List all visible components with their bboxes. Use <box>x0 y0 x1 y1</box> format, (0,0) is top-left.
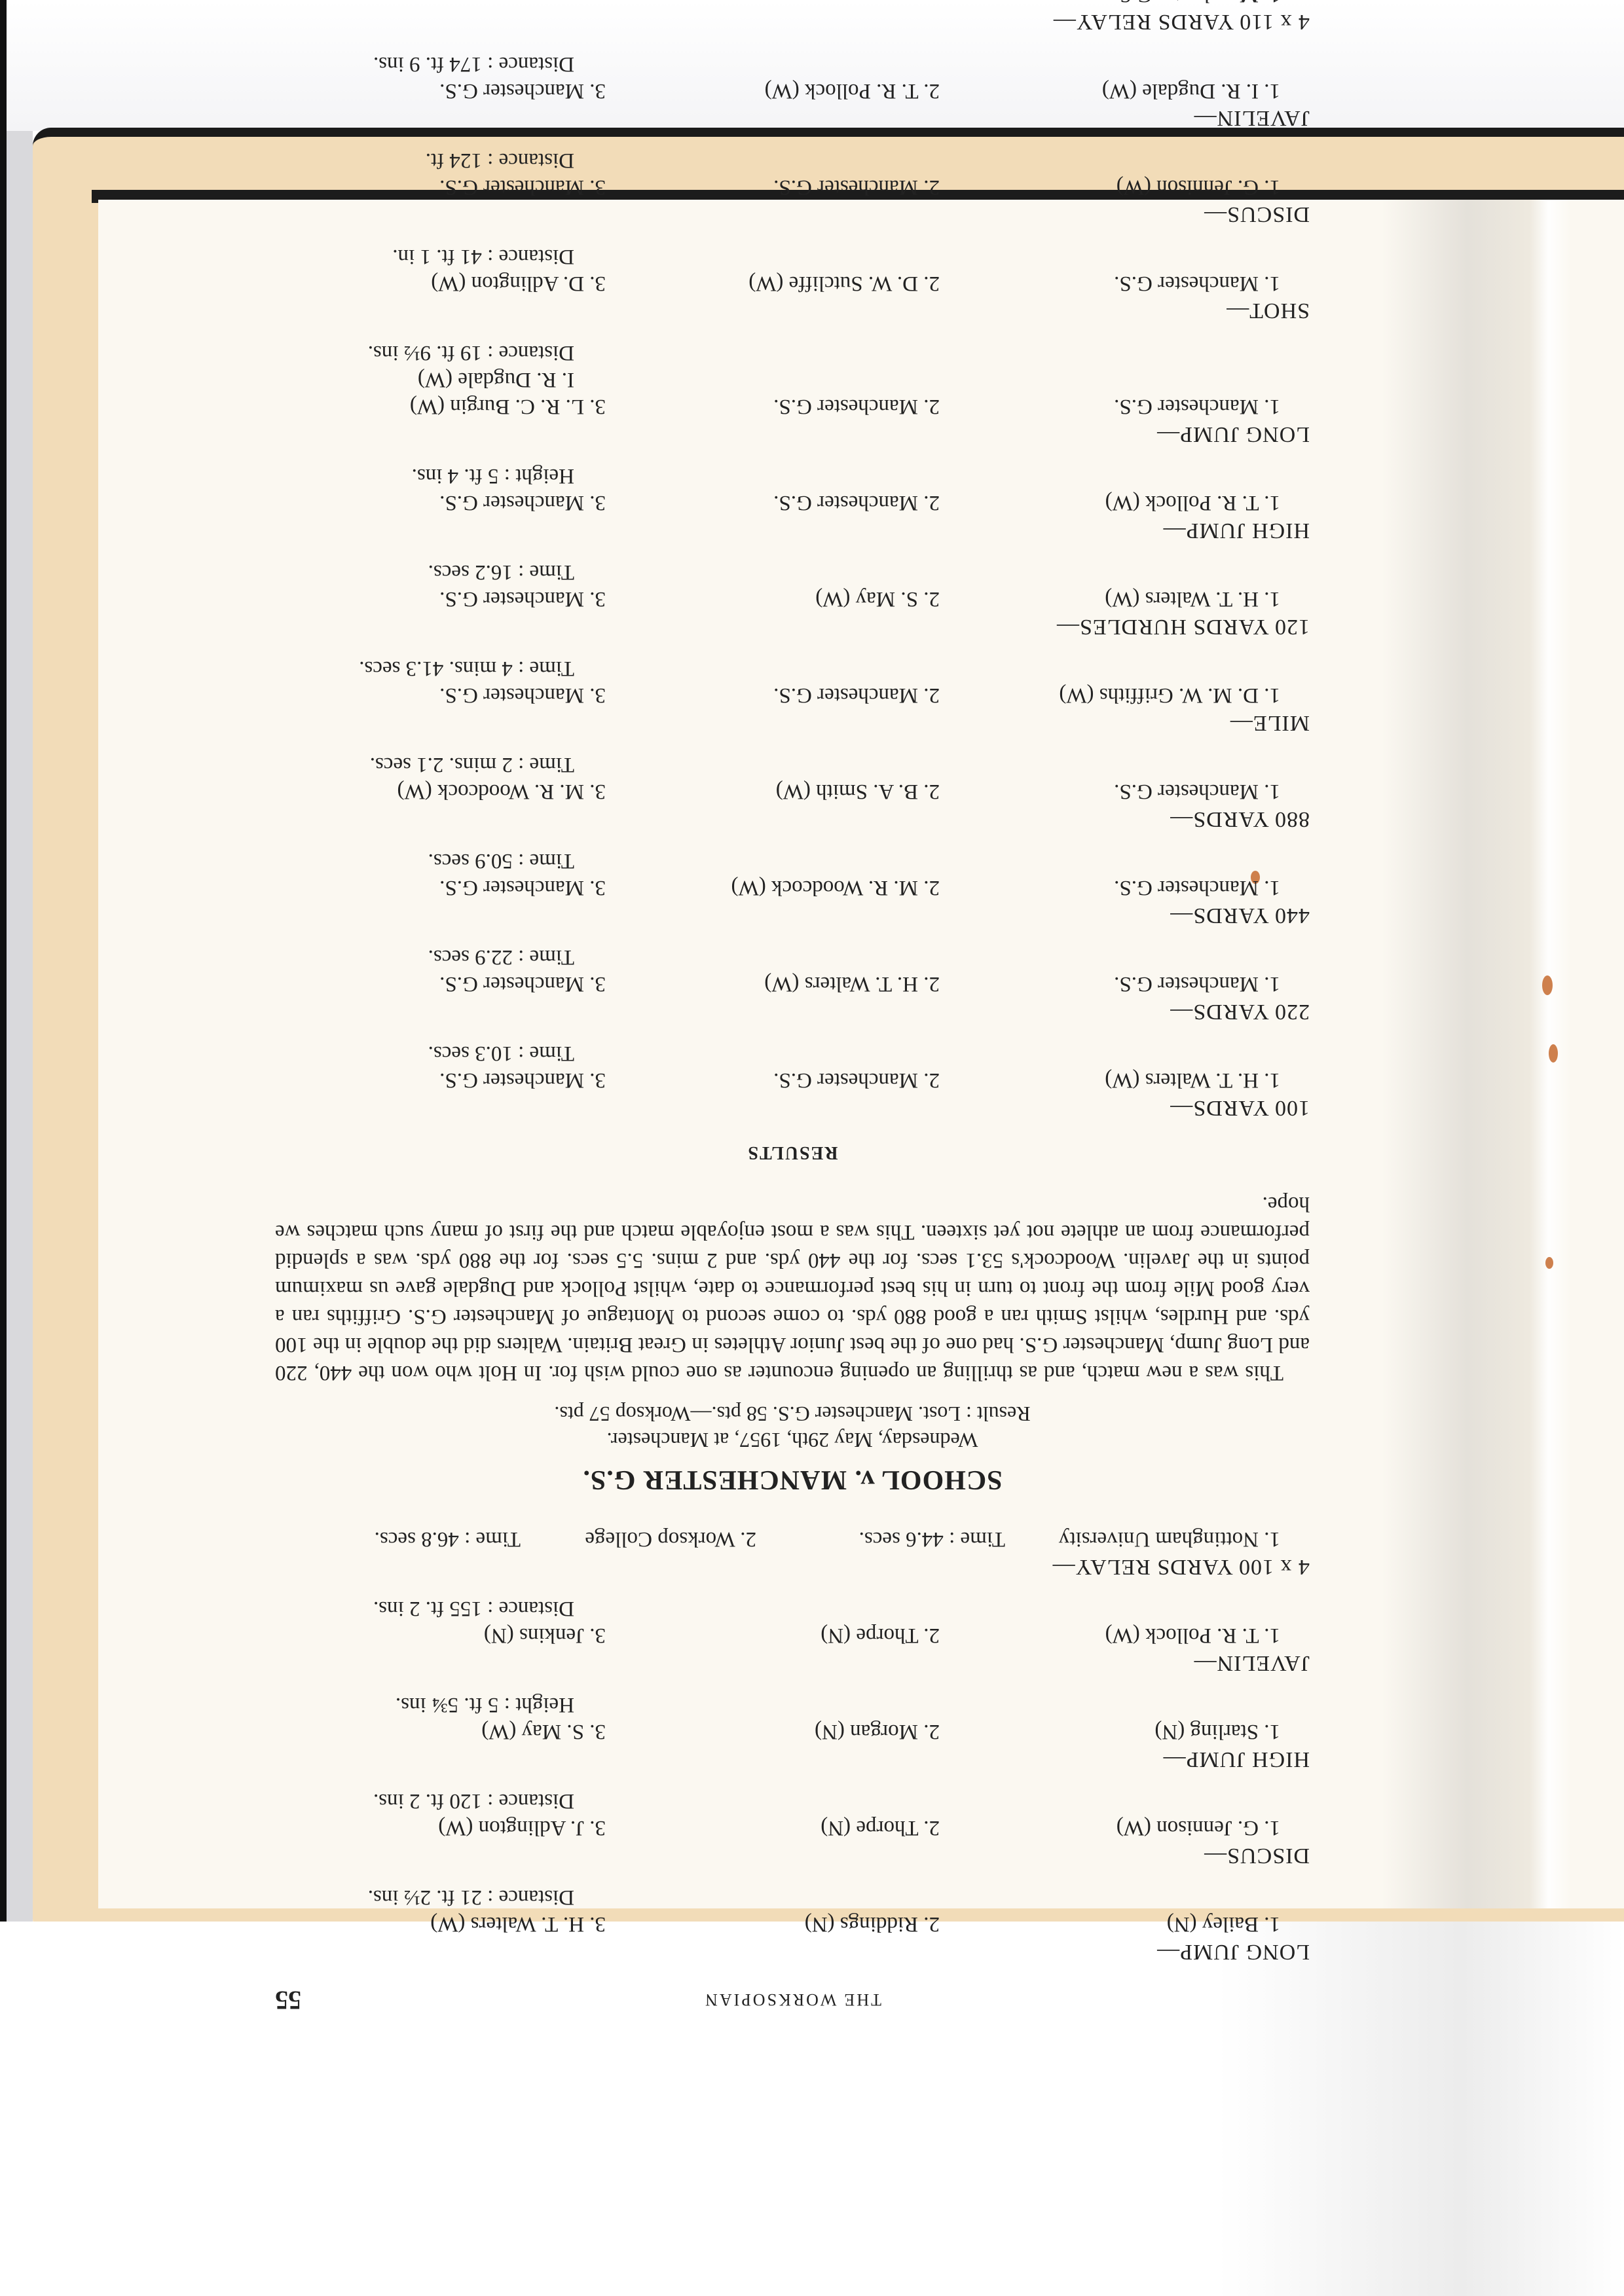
second-place: 2. S. May (W) <box>606 585 940 612</box>
event-220-yards: 220 YARDS— 1. Manchester G.S. 2. H. T. W… <box>275 943 1310 1025</box>
spine-shadow <box>1382 200 1572 1908</box>
first-place: 1. T. R. Pollock (W) <box>940 1622 1280 1649</box>
event-name: DISCUS— <box>275 1842 1310 1870</box>
first-place: 1. H. T. Walters (W) <box>940 1066 1280 1093</box>
match-date-venue: Wednesday, May 29th, 1957, at Manchester… <box>275 1427 1310 1453</box>
rust-spot <box>1542 975 1553 995</box>
third-place: 3. J. Adlington (W) <box>275 1814 606 1841</box>
event-result: Height : 5 ft. 5¾ ins. <box>275 1691 606 1718</box>
event-name: LONG JUMP— <box>275 1938 1310 1966</box>
second-place: 2. B. A. Smith (W) <box>606 778 940 805</box>
first-place: 1. G. Jennison (W) <box>940 1814 1280 1841</box>
event-name: MILE— <box>275 708 1310 737</box>
second-place: 2. M. R. Woodcock (W) <box>606 874 940 901</box>
first-place: 1. Nottingham University <box>1005 1525 1280 1552</box>
event-result: Time : 16.2 secs. <box>275 558 606 585</box>
first-place: 1. H. T. Walters (W) <box>940 585 1280 612</box>
third-place: 3. D. Adlington (W) <box>275 270 606 297</box>
match-result: Result : Lost. Manchester G.S. 58 pts.—W… <box>275 1401 1310 1427</box>
second-place: 2. Worksop College <box>521 1525 756 1552</box>
event-result: Time : 22.9 secs. <box>275 943 606 970</box>
first-place: 1. Bailey (N) <box>940 1910 1280 1937</box>
event-name: 4 x 100 YARDS RELAY— <box>275 1553 1310 1581</box>
third-place: 3. Manchester G.S. <box>275 77 606 104</box>
second-place: 2. Manchester G.S. <box>606 393 940 420</box>
third-place: 3. L. R. C. Burgin (W) <box>275 393 606 420</box>
first-place: 1. I. R. Dugdale (W) <box>940 77 1280 104</box>
first-place: 1. Starling (N) <box>940 1718 1280 1745</box>
magazine-title: THE WORKSOPIAN <box>275 1989 1310 2011</box>
event-result: Distance : 120 ft. 2 ins. <box>275 1787 606 1814</box>
first-place: 1. Manchester G.S. <box>940 393 1280 420</box>
third-place: 3. Manchester G.S. <box>275 489 606 516</box>
second-place: 2. Riddings (N) <box>606 1910 940 1937</box>
first-place: 1. Manchester G.S. <box>940 970 1280 997</box>
event-result: Time : 50.9 secs. <box>275 847 606 874</box>
event-880-yards: 880 YARDS— 1. Manchester G.S. 2. B. A. S… <box>275 751 1310 833</box>
first-place: 1. Manchester G.S. <box>940 0 1280 8</box>
event-javelin: JAVELIN— 1. I. R. Dugdale (W) 2. T. R. P… <box>275 50 1310 132</box>
running-head: THE WORKSOPIAN 55 <box>275 1977 1310 2016</box>
event-name: DISCUS— <box>275 200 1310 228</box>
event-result: Distance : 19 ft. 9½ ins. <box>275 338 606 365</box>
third-place: 3. Manchester G.S. <box>275 874 606 901</box>
event-name: JAVELIN— <box>275 1649 1310 1677</box>
event-long-jump: LONG JUMP— 1. Manchester G.S. 2. Manches… <box>275 338 1310 447</box>
event-result: Height : 5 ft. 4 ins. <box>275 462 606 489</box>
event-result: Distance : 124 ft. <box>275 146 606 173</box>
first-place: 1. D. M. W. Griffiths (W) <box>940 682 1280 708</box>
event-name: HIGH JUMP— <box>275 1745 1310 1774</box>
event-name: 880 YARDS— <box>275 805 1310 833</box>
page-content: THE WORKSOPIAN 55 LONG JUMP— 1. Bailey (… <box>275 399 1310 2016</box>
event-result: Time : 10.3 secs. <box>275 1040 606 1066</box>
second-place: 2. Manchester G.S. <box>606 173 940 200</box>
event-result: Distance : 174 ft. 9 ins. <box>275 50 606 77</box>
second-time: Time : 46.8 secs. <box>375 1525 521 1552</box>
event-result: Time : 4 mins. 41.3 secs. <box>275 655 606 682</box>
match-title: SCHOOL v. MANCHESTER G.S. <box>275 1463 1310 1497</box>
first-place: 1. G. Jennison (W) <box>940 173 1280 200</box>
second-place: 2. Manchester G.S. <box>606 1066 940 1093</box>
second-place: 2. T. R. Pollock (W) <box>606 77 940 104</box>
event-440-yards: 440 YARDS— 1. Manchester G.S. 2. M. R. W… <box>275 847 1310 929</box>
event-name: 440 YARDS— <box>275 901 1310 929</box>
third-place: 3. Manchester G.S. <box>275 585 606 612</box>
event-name: 220 YARDS— <box>275 997 1310 1025</box>
second-place: 2. Morgan (N) <box>606 1718 940 1745</box>
third-place: 3. Manchester G.S. <box>275 1066 606 1093</box>
first-time: Time : 44.6 secs. <box>756 1525 1005 1552</box>
third-place: 3. H. T. Walters (W) <box>275 1910 606 1937</box>
second-place: 2. Manchester G.S. <box>606 682 940 708</box>
third-place: 3. Manchester G.S. <box>275 682 606 708</box>
first-place: 1. Manchester G.S. <box>940 270 1280 297</box>
event-mile: MILE— 1. D. M. W. Griffiths (W) 2. Manch… <box>275 655 1310 737</box>
page-number: 55 <box>275 1984 301 2016</box>
rust-spot <box>1545 1257 1553 1269</box>
event-result: Distance : 21 ft. 2½ ins. <box>275 1884 606 1910</box>
event-result: Distance : 41 ft. 1 in. <box>275 242 606 269</box>
event-long-jump-prev: LONG JUMP— 1. Bailey (N) 2. Riddings (N)… <box>275 1884 1310 1965</box>
first-place: 1. T. R. Pollock (W) <box>940 489 1280 516</box>
second-place: 2. H. T. Walters (W) <box>606 970 940 997</box>
event-name: JAVELIN— <box>275 104 1310 132</box>
event-name: 4 x 110 YARDS RELAY— <box>275 8 1310 36</box>
event-relay-prev: 4 x 100 YARDS RELAY— 1. Nottingham Unive… <box>275 1525 1310 1580</box>
third-place: 3. S. May (W) <box>275 1718 606 1745</box>
event-discus-prev: DISCUS— 1. G. Jennison (W) 2. Thorpe (N)… <box>275 1787 1310 1869</box>
third-place: 3. M. R. Woodcock (W) <box>275 778 606 805</box>
event-name: 120 YARDS HURDLES— <box>275 612 1310 640</box>
event-high-jump: HIGH JUMP— 1. T. R. Pollock (W) 2. Manch… <box>275 462 1310 544</box>
first-place: 1. Manchester G.S. <box>940 874 1280 901</box>
third-place: 3. Jenkins (N) <box>275 1622 606 1649</box>
rust-spot <box>1549 1044 1558 1063</box>
second-place: 2. Thorpe (N) <box>606 1622 940 1649</box>
event-name: LONG JUMP— <box>275 420 1310 448</box>
second-place: 2. Thorpe (N) <box>606 1814 940 1841</box>
match-report: This was a new match, and as thrilling a… <box>275 1190 1310 1387</box>
event-discus: DISCUS— 1. G. Jennison (W) 2. Manchester… <box>275 146 1310 228</box>
event-name: SHOT— <box>275 297 1310 325</box>
event-name: 100 YARDS— <box>275 1093 1310 1121</box>
event-100-yards: 100 YARDS— 1. H. T. Walters (W) 2. Manch… <box>275 1040 1310 1121</box>
second-place: 2. Manchester G.S. <box>606 489 940 516</box>
scan-margin <box>7 131 33 2128</box>
results-heading: RESULTS <box>275 1141 1310 1164</box>
third-place: 3. Manchester G.S. <box>275 173 606 200</box>
third-place-tie: I. R. Dugdale (W) <box>275 366 606 393</box>
event-result: Time : 2 mins. 2.1 secs. <box>275 751 606 778</box>
event-javelin-prev: JAVELIN— 1. T. R. Pollock (W) 2. Thorpe … <box>275 1595 1310 1677</box>
third-place: 3. Manchester G.S. <box>275 970 606 997</box>
event-4x110-relay: 4 x 110 YARDS RELAY— 1. Manchester G.S. … <box>275 0 1310 35</box>
event-name: HIGH JUMP— <box>275 516 1310 544</box>
event-120-yards-hurdles: 120 YARDS HURDLES— 1. H. T. Walters (W) … <box>275 558 1310 640</box>
first-place: 1. Manchester G.S. <box>940 778 1280 805</box>
second-place: 2. D. W. Sutcliffe (W) <box>606 270 940 297</box>
event-shot: SHOT— 1. Manchester G.S. 2. D. W. Sutcli… <box>275 242 1310 324</box>
event-high-jump-prev: HIGH JUMP— 1. Starling (N) 2. Morgan (N)… <box>275 1691 1310 1773</box>
event-result: Distance : 155 ft. 2 ins. <box>275 1595 606 1622</box>
